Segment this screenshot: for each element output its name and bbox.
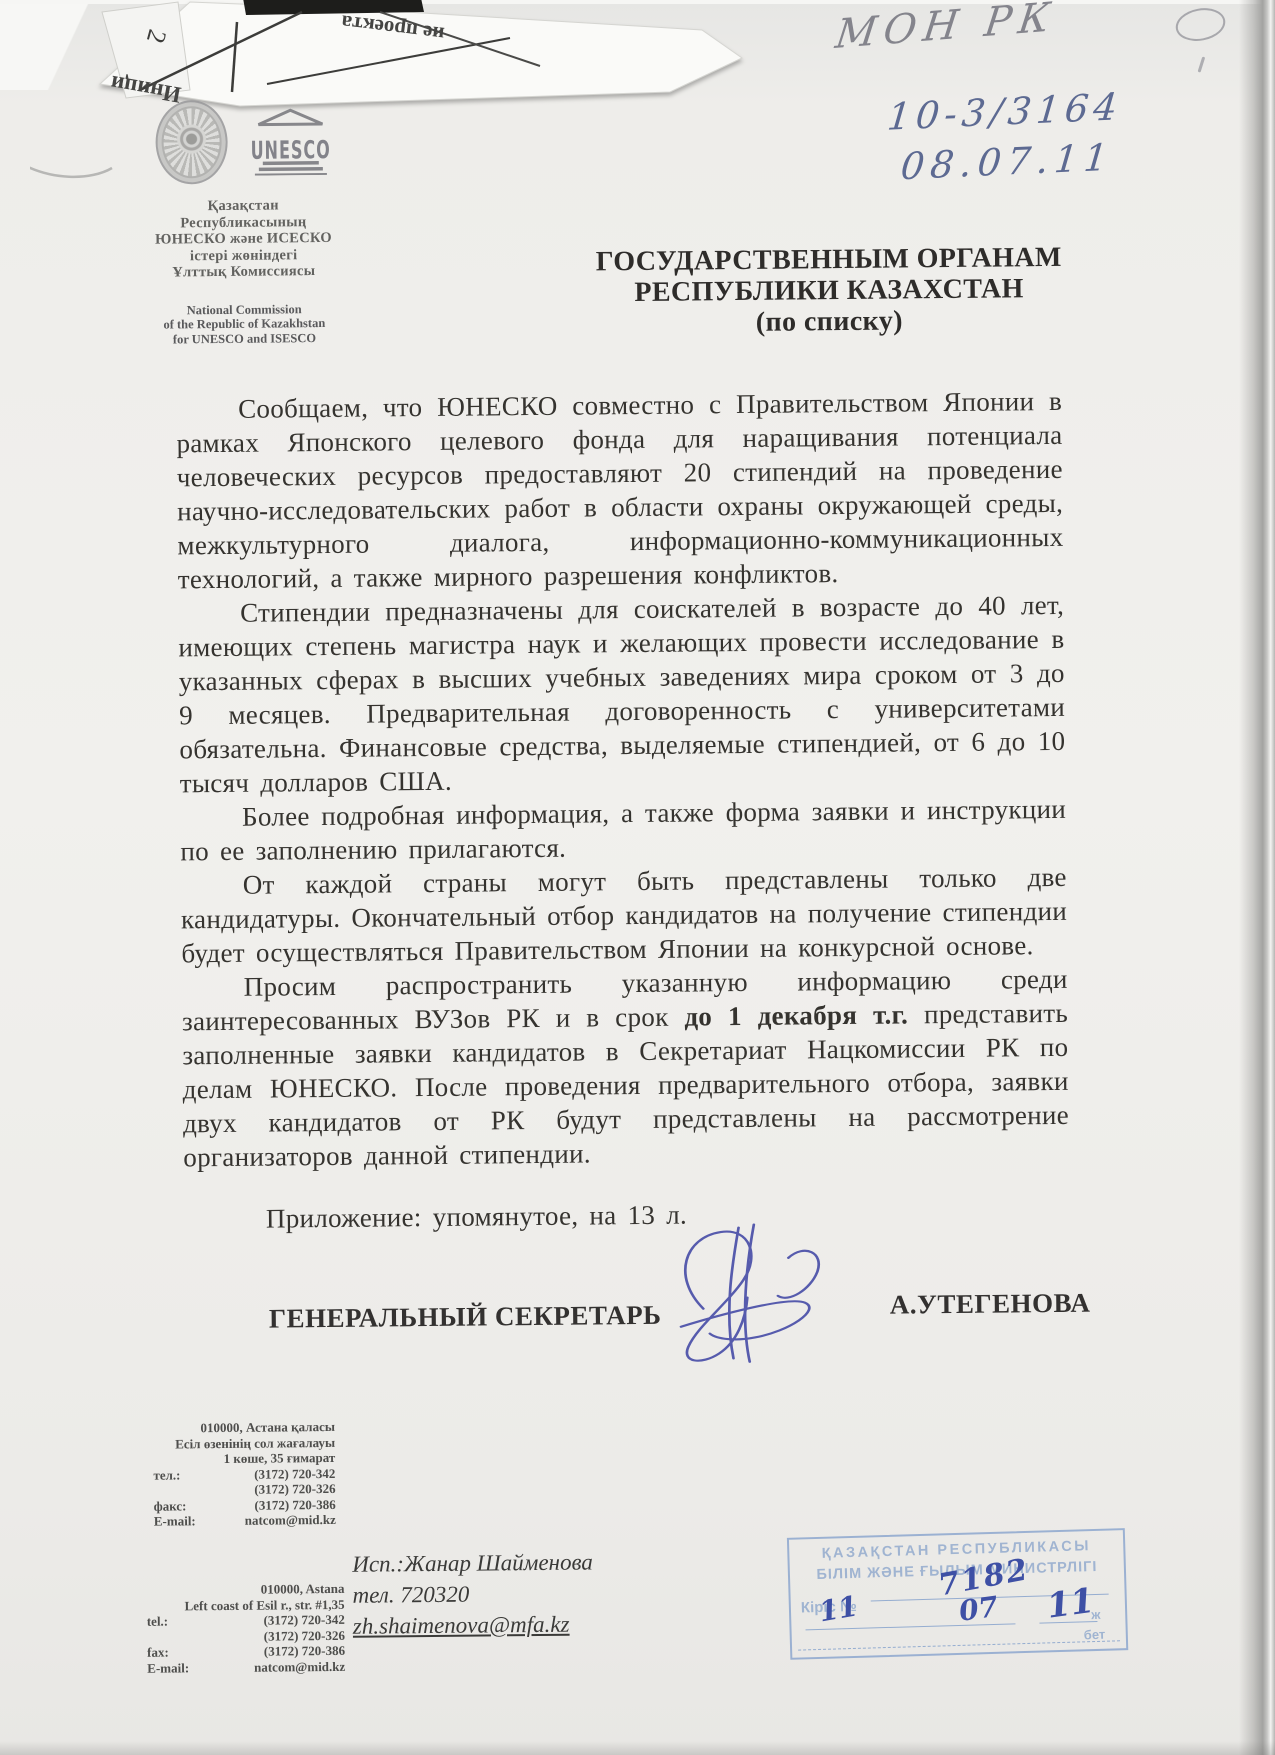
letterhead-line: Ұлттық Комиссиясы bbox=[124, 263, 364, 282]
stamp-fill-line bbox=[798, 1640, 1120, 1650]
executor-block: Исп.:Жанар Шайменова тел. 720320 zh.shai… bbox=[352, 1546, 593, 1641]
handwritten-day: 11 bbox=[816, 1589, 860, 1628]
body-paragraph: От каждой страны могут быть представлены… bbox=[181, 860, 1068, 971]
executor-email: zh.shaimenova@mfa.kz bbox=[353, 1608, 594, 1641]
contact-label: E-mail: bbox=[147, 1660, 189, 1676]
contact-value: natcom@mid.kz bbox=[245, 1512, 336, 1528]
scan-right-shadow bbox=[1239, 0, 1275, 1755]
address-line: 010000, Астана қаласы bbox=[153, 1419, 335, 1436]
attachment-line: Приложение: упомянутое, на 13 л. bbox=[184, 1194, 1070, 1237]
contact-row: E-mail: natcom@mid.kz bbox=[154, 1512, 336, 1529]
handwritten-reg-number: 10-3/3164 bbox=[885, 85, 1124, 139]
body-paragraph: Просим распространить указанную информац… bbox=[182, 962, 1070, 1174]
executor-phone: тел. 720320 bbox=[352, 1577, 593, 1610]
unesco-logo-icon: UNESCO bbox=[251, 107, 330, 176]
body-paragraph: Сообщаем, что ЮНЕСКО совместно с Правите… bbox=[176, 384, 1064, 596]
letterhead: UNESCO Қазақстан Республикасының ЮНЕСКО … bbox=[122, 99, 364, 347]
contact-value: (3172) 720-342 bbox=[263, 1612, 344, 1628]
recipient-block: ГОСУДАРСТВЕННЫМ ОРГАНАМ РЕСПУБЛИКИ КАЗАХ… bbox=[589, 242, 1070, 340]
handwritten-ministry-note: МОН РК bbox=[833, 0, 1060, 58]
address-line: 010000, Astana bbox=[146, 1581, 344, 1598]
contact-label: тел.: bbox=[153, 1467, 180, 1483]
handwritten-date: 08.07.11 bbox=[899, 136, 1116, 189]
contact-label: fax: bbox=[147, 1645, 169, 1661]
letter-content: UNESCO Қазақстан Республикасының ЮНЕСКО … bbox=[0, 0, 1275, 1755]
contact-label: E-mail: bbox=[154, 1513, 196, 1529]
scan-bottom-shadow bbox=[0, 1741, 1275, 1755]
svg-text:UNESCO: UNESCO bbox=[251, 135, 330, 164]
stamp-year-suffix: ж bbox=[1091, 1607, 1101, 1622]
stamp-page-label: бет bbox=[1084, 1627, 1106, 1643]
executor-name: Исп.:Жанар Шайменова bbox=[352, 1546, 593, 1579]
contact-row: E-mail: natcom@mid.kz bbox=[147, 1658, 345, 1675]
recipient-line: РЕСПУБЛИКИ КАЗАХСТАН bbox=[589, 273, 1069, 309]
kazakhstan-state-emblem-icon bbox=[155, 100, 228, 185]
body-paragraph: Более подробная информация, а также форм… bbox=[180, 792, 1067, 869]
recipient-line: ГОСУДАРСТВЕННЫМ ОРГАНАМ bbox=[589, 242, 1069, 278]
letterhead-english-text: National Commission of the Republic of K… bbox=[124, 301, 364, 347]
contact-value: natcom@mid.kz bbox=[254, 1658, 345, 1674]
signature-scribble bbox=[653, 1218, 834, 1370]
scanned-letter-page: ие проекта Иници 2 UNESCO Қазақстан Респ… bbox=[0, 0, 1275, 1755]
recipient-line: (по списку) bbox=[589, 304, 1069, 340]
address-block-kazakh: 010000, Астана қаласы Есіл өзенінің сол … bbox=[153, 1419, 336, 1529]
contact-row: тел.: (3172) 720-342 bbox=[153, 1465, 335, 1482]
pen-tick-mark bbox=[1198, 56, 1206, 72]
contact-value: (3172) 720-326 bbox=[254, 1481, 335, 1497]
contact-value: (3172) 720-342 bbox=[254, 1465, 335, 1481]
handwritten-month: 07 bbox=[957, 1590, 1000, 1628]
signatory-title: ГЕНЕРАЛЬНЫЙ СЕКРЕТАРЬ bbox=[269, 1300, 662, 1335]
letterhead-line: for UNESCO and ISESCO bbox=[124, 330, 364, 347]
contact-row: (3172) 720-326 bbox=[153, 1481, 335, 1498]
letterhead-kazakh-text: Қазақстан Республикасының ЮНЕСКО және ИС… bbox=[123, 197, 364, 282]
letterhead-line: ЮНЕСКО және ИСЕСКО bbox=[123, 230, 363, 249]
address-line: Есіл өзенінің сол жағалауы bbox=[153, 1434, 335, 1451]
deadline-bold-text: до 1 декабря т.г. bbox=[684, 999, 908, 1031]
contact-value: (3172) 720-386 bbox=[254, 1496, 335, 1512]
letterhead-emblems: UNESCO bbox=[122, 99, 363, 185]
contact-label: факс: bbox=[154, 1498, 187, 1514]
letter-body: Сообщаем, что ЮНЕСКО совместно с Правите… bbox=[176, 384, 1070, 1236]
body-paragraph: Стипендии предназначены для соискателей … bbox=[178, 588, 1066, 800]
contact-value: (3172) 720-386 bbox=[264, 1643, 345, 1659]
handwritten-year: 11 bbox=[1044, 1581, 1096, 1627]
contact-value: (3172) 720-326 bbox=[264, 1627, 345, 1643]
address-block-english: 010000, Astana Left coast of Esil r., st… bbox=[146, 1581, 345, 1676]
contact-label: tel.: bbox=[147, 1614, 168, 1630]
signatory-name: А.УТЕГЕНОВА bbox=[890, 1288, 1091, 1321]
registration-stamp: ҚАЗАҚСТАН РЕСПУБЛИКАСЫ БІЛІМ ЖӘНЕ ҒЫЛЫМ … bbox=[787, 1528, 1128, 1660]
address-line: 1 көше, 35 ғимарат bbox=[153, 1450, 335, 1467]
circled-mark bbox=[1173, 4, 1228, 45]
contact-row: факс: (3172) 720-386 bbox=[154, 1496, 336, 1513]
